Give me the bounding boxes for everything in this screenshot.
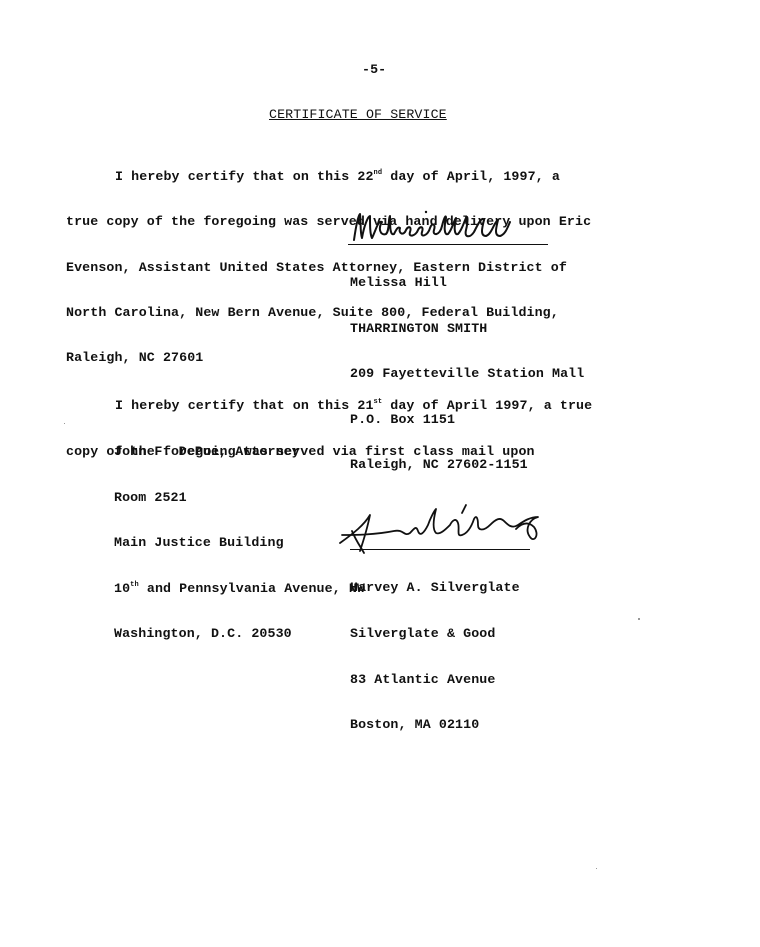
- signer-name: Harvey A. Silverglate: [350, 580, 520, 596]
- signer-address-line: Boston, MA 02110: [350, 717, 520, 733]
- second-signer-block: Harvey A. Silverglate Silverglate & Good…: [350, 550, 520, 763]
- address-line: 10th and Pennsylvania Avenue, NW: [114, 581, 365, 597]
- scan-speck: [596, 868, 597, 869]
- signer-firm: THARRINGTON SMITH: [350, 321, 584, 337]
- paragraph-line: I hereby certify that on this 22nd day o…: [66, 169, 591, 184]
- document-title: CERTIFICATE OF SERVICE: [269, 107, 447, 122]
- signer-address-line: 83 Atlantic Avenue: [350, 672, 520, 688]
- signature-melissa-hill: [348, 208, 548, 248]
- signer-name: Melissa Hill: [350, 275, 584, 291]
- recipient-address: John F. DePue, Attorney Room 2521 Main J…: [114, 414, 365, 672]
- document-page: -5- CERTIFICATE OF SERVICE I hereby cert…: [0, 0, 760, 947]
- signature-harvey-silverglate: [334, 495, 554, 557]
- address-line: Main Justice Building: [114, 535, 365, 551]
- signer-firm: Silverglate & Good: [350, 626, 520, 642]
- address-line: Room 2521: [114, 490, 365, 506]
- scan-speck: [64, 423, 65, 424]
- paragraph-line: I hereby certify that on this 21st day o…: [66, 398, 592, 414]
- address-line: Washington, D.C. 20530: [114, 626, 365, 642]
- page-number: -5-: [362, 62, 386, 77]
- scan-speck: [638, 618, 640, 620]
- recipient-name: John F. DePue, Attorney: [114, 444, 365, 460]
